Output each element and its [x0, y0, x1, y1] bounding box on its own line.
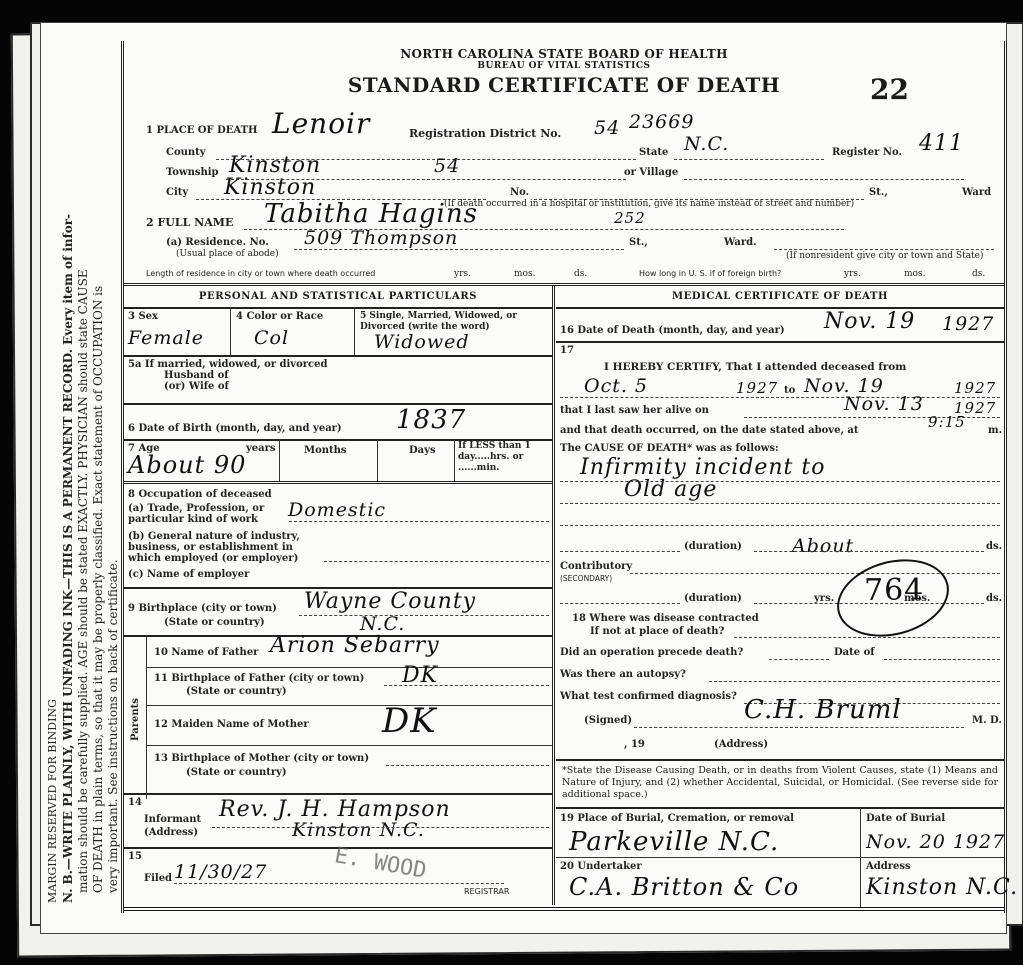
instruction-line-4: very important. See instructions on back… [106, 559, 121, 893]
binding-text: MARGIN RESERVED FOR BINDING [45, 699, 60, 903]
foreign-ds: ds. [972, 269, 985, 279]
birthplace-label: 9 Birthplace (city or town) [128, 603, 277, 614]
date-of-death-label: 16 Date of Death (month, day, and year) [560, 325, 785, 336]
attended-from-year: 1927 [736, 379, 778, 397]
certificate-number: 22 [870, 73, 909, 106]
industry-label: (b) General nature of industry, business… [128, 531, 318, 564]
burial-place-label: 19 Place of Burial, Cremation, or remova… [560, 813, 794, 824]
contracted-label: 18 Where was disease contracted [572, 613, 759, 624]
place-of-death-label: 1 PLACE OF DEATH [146, 125, 258, 136]
husband-of-label: Husband of [164, 370, 229, 381]
personal-section-title: PERSONAL AND STATISTICAL PARTICULARS [124, 291, 552, 302]
full-name-label: 2 FULL NAME [146, 216, 233, 229]
father-label: 10 Name of Father [154, 647, 258, 658]
undertaker-value: C.A. Britton & Co [569, 873, 799, 901]
file-number: 23669 [629, 111, 694, 133]
contracted-sublabel: If not at place of death? [590, 626, 724, 637]
death-time-label: and that death occurred, on the date sta… [560, 425, 859, 436]
trade-label: (a) Trade, Profession, or particular kin… [128, 503, 293, 525]
circled-code: 764 [864, 573, 924, 608]
st-label: St., [869, 187, 888, 198]
instruction-line-2: mation should be carefully supplied. AGE… [76, 269, 91, 893]
foreign-yrs: yrs. [844, 269, 861, 279]
registrar-stamp: E. WOOD [333, 843, 429, 884]
mother-birthplace-sublabel: (State or country) [186, 767, 287, 778]
secondary-ds: ds. [986, 593, 1002, 604]
dob-label: 6 Date of Birth (month, day, and year) [128, 423, 342, 434]
attended-to-year: 1927 [954, 379, 996, 397]
years-label: years [246, 443, 276, 454]
informant-address-value: Kinston N.C. [292, 819, 425, 841]
residence-ward-label: Ward. [724, 237, 757, 248]
wife-of-label: (or) Wife of [164, 381, 229, 392]
burial-place-value: Parkeville N.C. [569, 827, 779, 857]
md-label: M. D. [972, 715, 1002, 726]
trade-value: Domestic [288, 499, 386, 521]
occupation-label: 8 Occupation of deceased [128, 489, 272, 500]
cause-footnote: *State the Disease Causing Death, or in … [562, 765, 998, 801]
name-annotation: 252 [614, 209, 646, 227]
burial-date-value: Nov. 20 1927 [866, 831, 1005, 853]
residence-value: 509 Thompson [304, 227, 458, 249]
race-label: 4 Color or Race [236, 311, 323, 322]
length-residence-label: Length of residence in city or town wher… [146, 269, 375, 278]
mother-birthplace-label: 13 Birthplace of Mother (city or town) [154, 753, 369, 764]
undertaker-label: 20 Undertaker [560, 861, 642, 872]
date-of-death-year: 1927 [942, 313, 994, 335]
mother-label: 12 Maiden Name of Mother [154, 719, 309, 730]
residence-label: (a) Residence. No. [166, 237, 269, 248]
informant-address-label: (Address) [144, 827, 198, 838]
sex-label: 3 Sex [128, 311, 158, 322]
medical-section-title: MEDICAL CERTIFICATE OF DEATH [556, 291, 1004, 302]
state-value: N.C. [684, 133, 729, 155]
length-yrs: yrs. [454, 269, 471, 279]
year-prefix: , 19 [624, 739, 645, 750]
length-ds: ds. [574, 269, 587, 279]
father-birthplace-sublabel: (State or country) [186, 686, 287, 697]
instruction-line-1: N. B.—WRITE PLAINLY, WITH UNFADING INK—T… [61, 214, 76, 903]
secondary-duration-label: (duration) [684, 593, 742, 604]
county-label: County [166, 147, 206, 158]
full-name-value: Tabitha Hagins [264, 199, 478, 229]
residence-st-label: St., [629, 237, 648, 248]
parents-label: Parents [128, 698, 143, 741]
race-value: Col [254, 327, 289, 349]
item-17: 17 [560, 345, 574, 356]
death-certificate: MARGIN RESERVED FOR BINDING N. B.—WRITE … [40, 22, 1007, 934]
certificate-form: NORTH CAROLINA STATE BOARD OF HEALTH BUR… [121, 41, 1007, 913]
birthplace-state-value: N.C. [360, 613, 405, 635]
autopsy-label: Was there an autopsy? [560, 669, 686, 680]
register-no-label: Register No. [832, 147, 902, 158]
father-value: Arion Sebarry [270, 633, 440, 658]
nonresident-note: (If nonresident give city or town and St… [786, 251, 984, 261]
village-label: or Village [624, 167, 678, 178]
sex-value: Female [128, 327, 204, 349]
city-value: Kinston [224, 175, 316, 200]
duration-value: About [792, 535, 854, 557]
mother-value: DK [382, 701, 437, 741]
duration-ds: ds. [986, 541, 1002, 552]
registration-district-value: 54 [594, 117, 620, 139]
instruction-line-3: OF DEATH in plain terms, so that it may … [91, 286, 106, 893]
secondary-label: (SECONDARY) [560, 574, 612, 583]
dob-value: 1837 [396, 405, 466, 435]
no-label: No. [510, 187, 529, 198]
certify-statement: I HEREBY CERTIFY, That I attended deceas… [604, 361, 906, 373]
hospital-note: (If death occurred in a hospital or inst… [444, 199, 854, 209]
register-no-value: 411 [919, 131, 964, 156]
months-label: Months [304, 445, 347, 456]
attended-from-value: Oct. 5 [584, 375, 648, 397]
binding-margin: MARGIN RESERVED FOR BINDING N. B.—WRITE … [41, 23, 121, 933]
marital-value: Widowed [374, 331, 470, 353]
ward-label: Ward [962, 187, 991, 198]
last-saw-value: Nov. 13 [844, 393, 924, 415]
physician-address-label: (Address) [714, 739, 768, 750]
registrar-label: REGISTRAR [464, 887, 509, 896]
township-label: Township [166, 167, 219, 178]
to-label: to [784, 385, 795, 396]
death-time-suffix: m. [988, 425, 1002, 436]
registration-district-label: Registration District No. [409, 127, 561, 140]
employer-label: (c) Name of employer [128, 569, 249, 580]
filed-label: Filed [144, 873, 172, 884]
date-of-label: Date of [834, 647, 875, 658]
city-label: City [166, 187, 188, 198]
age-value: About 90 [128, 451, 246, 479]
state-label: State [639, 147, 668, 158]
birthplace-value: Wayne County [304, 589, 476, 614]
foreign-birth-label: How long in U. S. if of foreign birth? [639, 269, 781, 278]
marital-label: 5 Single, Married, Widowed, or Divorced … [360, 311, 550, 333]
informant-label: Informant [144, 814, 201, 825]
test-label: What test confirmed diagnosis? [560, 691, 737, 702]
operation-label: Did an operation precede death? [560, 647, 743, 658]
death-time-value: 9:15 [928, 413, 966, 431]
burial-date-label: Date of Burial [866, 813, 945, 824]
county-value: Lenoir [272, 107, 370, 140]
agency-name: NORTH CAROLINA STATE BOARD OF HEALTH [124, 47, 1004, 61]
undertaker-address-label: Address [866, 861, 911, 872]
last-saw-label: that I last saw her alive on [560, 405, 709, 416]
contributory-label: Contributory [560, 561, 632, 572]
spouse-label: 5a If married, widowed, or divorced [128, 359, 328, 370]
cause-label: The CAUSE OF DEATH* was as follows: [560, 443, 779, 454]
duration-label: (duration) [684, 541, 742, 552]
days-label: Days [409, 445, 436, 456]
less-than-day-label: If LESS than 1 day.....hrs. or ......min… [458, 441, 548, 474]
filed-number: 15 [128, 851, 142, 862]
father-birthplace-label: 11 Birthplace of Father (city or town) [154, 673, 364, 684]
residence-sublabel: (Usual place of abode) [176, 249, 279, 259]
foreign-mos: mos. [904, 269, 925, 279]
bureau-name: BUREAU OF VITAL STATISTICS [124, 61, 1004, 71]
filed-value: 11/30/27 [174, 861, 267, 883]
birthplace-sublabel: (State or country) [164, 617, 265, 628]
township-code: 54 [434, 155, 460, 177]
signed-label: (Signed) [584, 715, 632, 726]
informant-number: 14 [128, 797, 142, 808]
physician-signature: C.H. Bruml [744, 695, 902, 725]
date-of-death-value: Nov. 19 [824, 309, 915, 334]
undertaker-address-value: Kinston N.C. [866, 875, 1018, 900]
length-mos: mos. [514, 269, 535, 279]
